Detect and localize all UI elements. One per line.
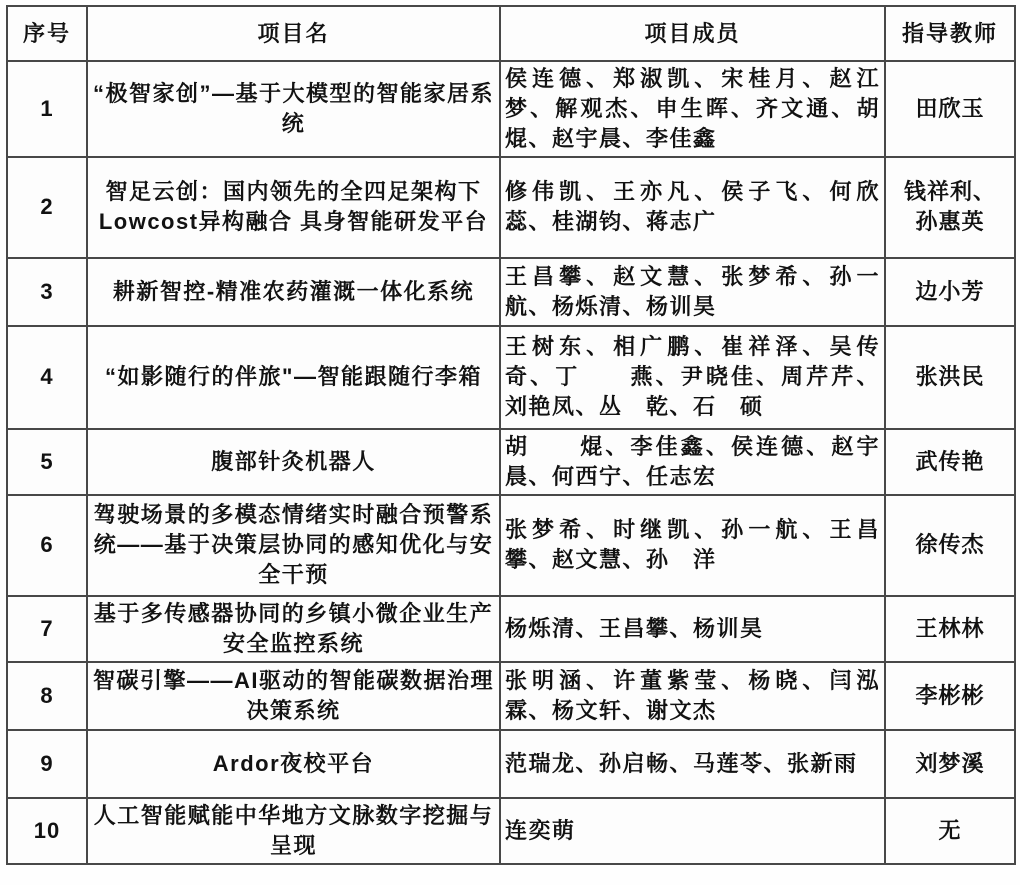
row-number: 9 bbox=[7, 730, 87, 798]
advisor-name: 张洪民 bbox=[885, 326, 1015, 429]
header-number: 序号 bbox=[7, 6, 87, 61]
advisor-name: 刘梦溪 bbox=[885, 730, 1015, 798]
header-row: 序号 项目名 项目成员 指导教师 bbox=[7, 6, 1015, 61]
row-number: 3 bbox=[7, 258, 87, 326]
row-number: 1 bbox=[7, 61, 87, 157]
advisor-name: 武传艳 bbox=[885, 429, 1015, 495]
row-number: 7 bbox=[7, 596, 87, 662]
table-row: 8 智碳引擎——AI驱动的智能碳数据治理决策系统 张明涵、许董紫莹、杨晓、闫泓霖… bbox=[7, 662, 1015, 730]
project-name: 基于多传感器协同的乡镇小微企业生产安全监控系统 bbox=[87, 596, 500, 662]
project-members: 张梦希、时继凯、孙一航、王昌攀、赵文慧、孙 洋 bbox=[500, 495, 885, 596]
project-members: 胡 焜、李佳鑫、侯连德、赵宇晨、何西宁、任志宏 bbox=[500, 429, 885, 495]
advisor-name: 徐传杰 bbox=[885, 495, 1015, 596]
advisor-name: 王林林 bbox=[885, 596, 1015, 662]
project-members: 王树东、相广鹏、崔祥泽、吴传奇、丁 燕、尹晓佳、周芹芹、刘艳凤、丛 乾、石 硕 bbox=[500, 326, 885, 429]
project-members: 张明涵、许董紫莹、杨晓、闫泓霖、杨文轩、谢文杰 bbox=[500, 662, 885, 730]
header-project-name: 项目名 bbox=[87, 6, 500, 61]
project-name: “极智家创”—基于大模型的智能家居系统 bbox=[87, 61, 500, 157]
advisor-name: 无 bbox=[885, 798, 1015, 864]
table-row: 10 人工智能赋能中华地方文脉数字挖掘与呈现 连奕萌 无 bbox=[7, 798, 1015, 864]
advisor-name: 李彬彬 bbox=[885, 662, 1015, 730]
table-row: 9 Ardor夜校平台 范瑞龙、孙启畅、马莲苓、张新雨 刘梦溪 bbox=[7, 730, 1015, 798]
project-members: 修伟凯、王亦凡、侯子飞、何欣蕊、桂湖钧、蒋志广 bbox=[500, 157, 885, 258]
project-name: 智足云创：国内领先的全四足架构下Lowcost异构融合 具身智能研发平台 bbox=[87, 157, 500, 258]
table-header: 序号 项目名 项目成员 指导教师 bbox=[7, 6, 1015, 61]
table-row: 2 智足云创：国内领先的全四足架构下Lowcost异构融合 具身智能研发平台 修… bbox=[7, 157, 1015, 258]
project-name: 驾驶场景的多模态情绪实时融合预警系统——基于决策层协同的感知优化与安全干预 bbox=[87, 495, 500, 596]
project-members: 范瑞龙、孙启畅、马莲苓、张新雨 bbox=[500, 730, 885, 798]
header-project-members: 项目成员 bbox=[500, 6, 885, 61]
table-row: 4 “如影随行的伴旅"—智能跟随行李箱 王树东、相广鹏、崔祥泽、吴传奇、丁 燕、… bbox=[7, 326, 1015, 429]
row-number: 6 bbox=[7, 495, 87, 596]
row-number: 10 bbox=[7, 798, 87, 864]
project-name: 腹部针灸机器人 bbox=[87, 429, 500, 495]
document-page: 序号 项目名 项目成员 指导教师 1 “极智家创”—基于大模型的智能家居系统 侯… bbox=[0, 0, 1020, 885]
table-row: 5 腹部针灸机器人 胡 焜、李佳鑫、侯连德、赵宇晨、何西宁、任志宏 武传艳 bbox=[7, 429, 1015, 495]
row-number: 5 bbox=[7, 429, 87, 495]
project-members: 杨烁清、王昌攀、杨训昊 bbox=[500, 596, 885, 662]
table-row: 6 驾驶场景的多模态情绪实时融合预警系统——基于决策层协同的感知优化与安全干预 … bbox=[7, 495, 1015, 596]
project-name: Ardor夜校平台 bbox=[87, 730, 500, 798]
advisor-name: 钱祥利、 孙惠英 bbox=[885, 157, 1015, 258]
project-name: 人工智能赋能中华地方文脉数字挖掘与呈现 bbox=[87, 798, 500, 864]
project-name: 耕新智控-精准农药灌溉一体化系统 bbox=[87, 258, 500, 326]
row-number: 4 bbox=[7, 326, 87, 429]
row-number: 2 bbox=[7, 157, 87, 258]
advisor-name: 田欣玉 bbox=[885, 61, 1015, 157]
project-name: 智碳引擎——AI驱动的智能碳数据治理决策系统 bbox=[87, 662, 500, 730]
advisor-name: 边小芳 bbox=[885, 258, 1015, 326]
table-body: 1 “极智家创”—基于大模型的智能家居系统 侯连德、郑淑凯、宋桂月、赵江梦、解观… bbox=[7, 61, 1015, 864]
row-number: 8 bbox=[7, 662, 87, 730]
project-members: 连奕萌 bbox=[500, 798, 885, 864]
project-members: 王昌攀、赵文慧、张梦希、孙一航、杨烁清、杨训昊 bbox=[500, 258, 885, 326]
header-advisor: 指导教师 bbox=[885, 6, 1015, 61]
project-name: “如影随行的伴旅"—智能跟随行李箱 bbox=[87, 326, 500, 429]
table-row: 1 “极智家创”—基于大模型的智能家居系统 侯连德、郑淑凯、宋桂月、赵江梦、解观… bbox=[7, 61, 1015, 157]
project-members: 侯连德、郑淑凯、宋桂月、赵江梦、解观杰、申生晖、齐文通、胡 焜、赵宇晨、李佳鑫 bbox=[500, 61, 885, 157]
table-row: 3 耕新智控-精准农药灌溉一体化系统 王昌攀、赵文慧、张梦希、孙一航、杨烁清、杨… bbox=[7, 258, 1015, 326]
table-row: 7 基于多传感器协同的乡镇小微企业生产安全监控系统 杨烁清、王昌攀、杨训昊 王林… bbox=[7, 596, 1015, 662]
project-list-table: 序号 项目名 项目成员 指导教师 1 “极智家创”—基于大模型的智能家居系统 侯… bbox=[6, 5, 1016, 865]
